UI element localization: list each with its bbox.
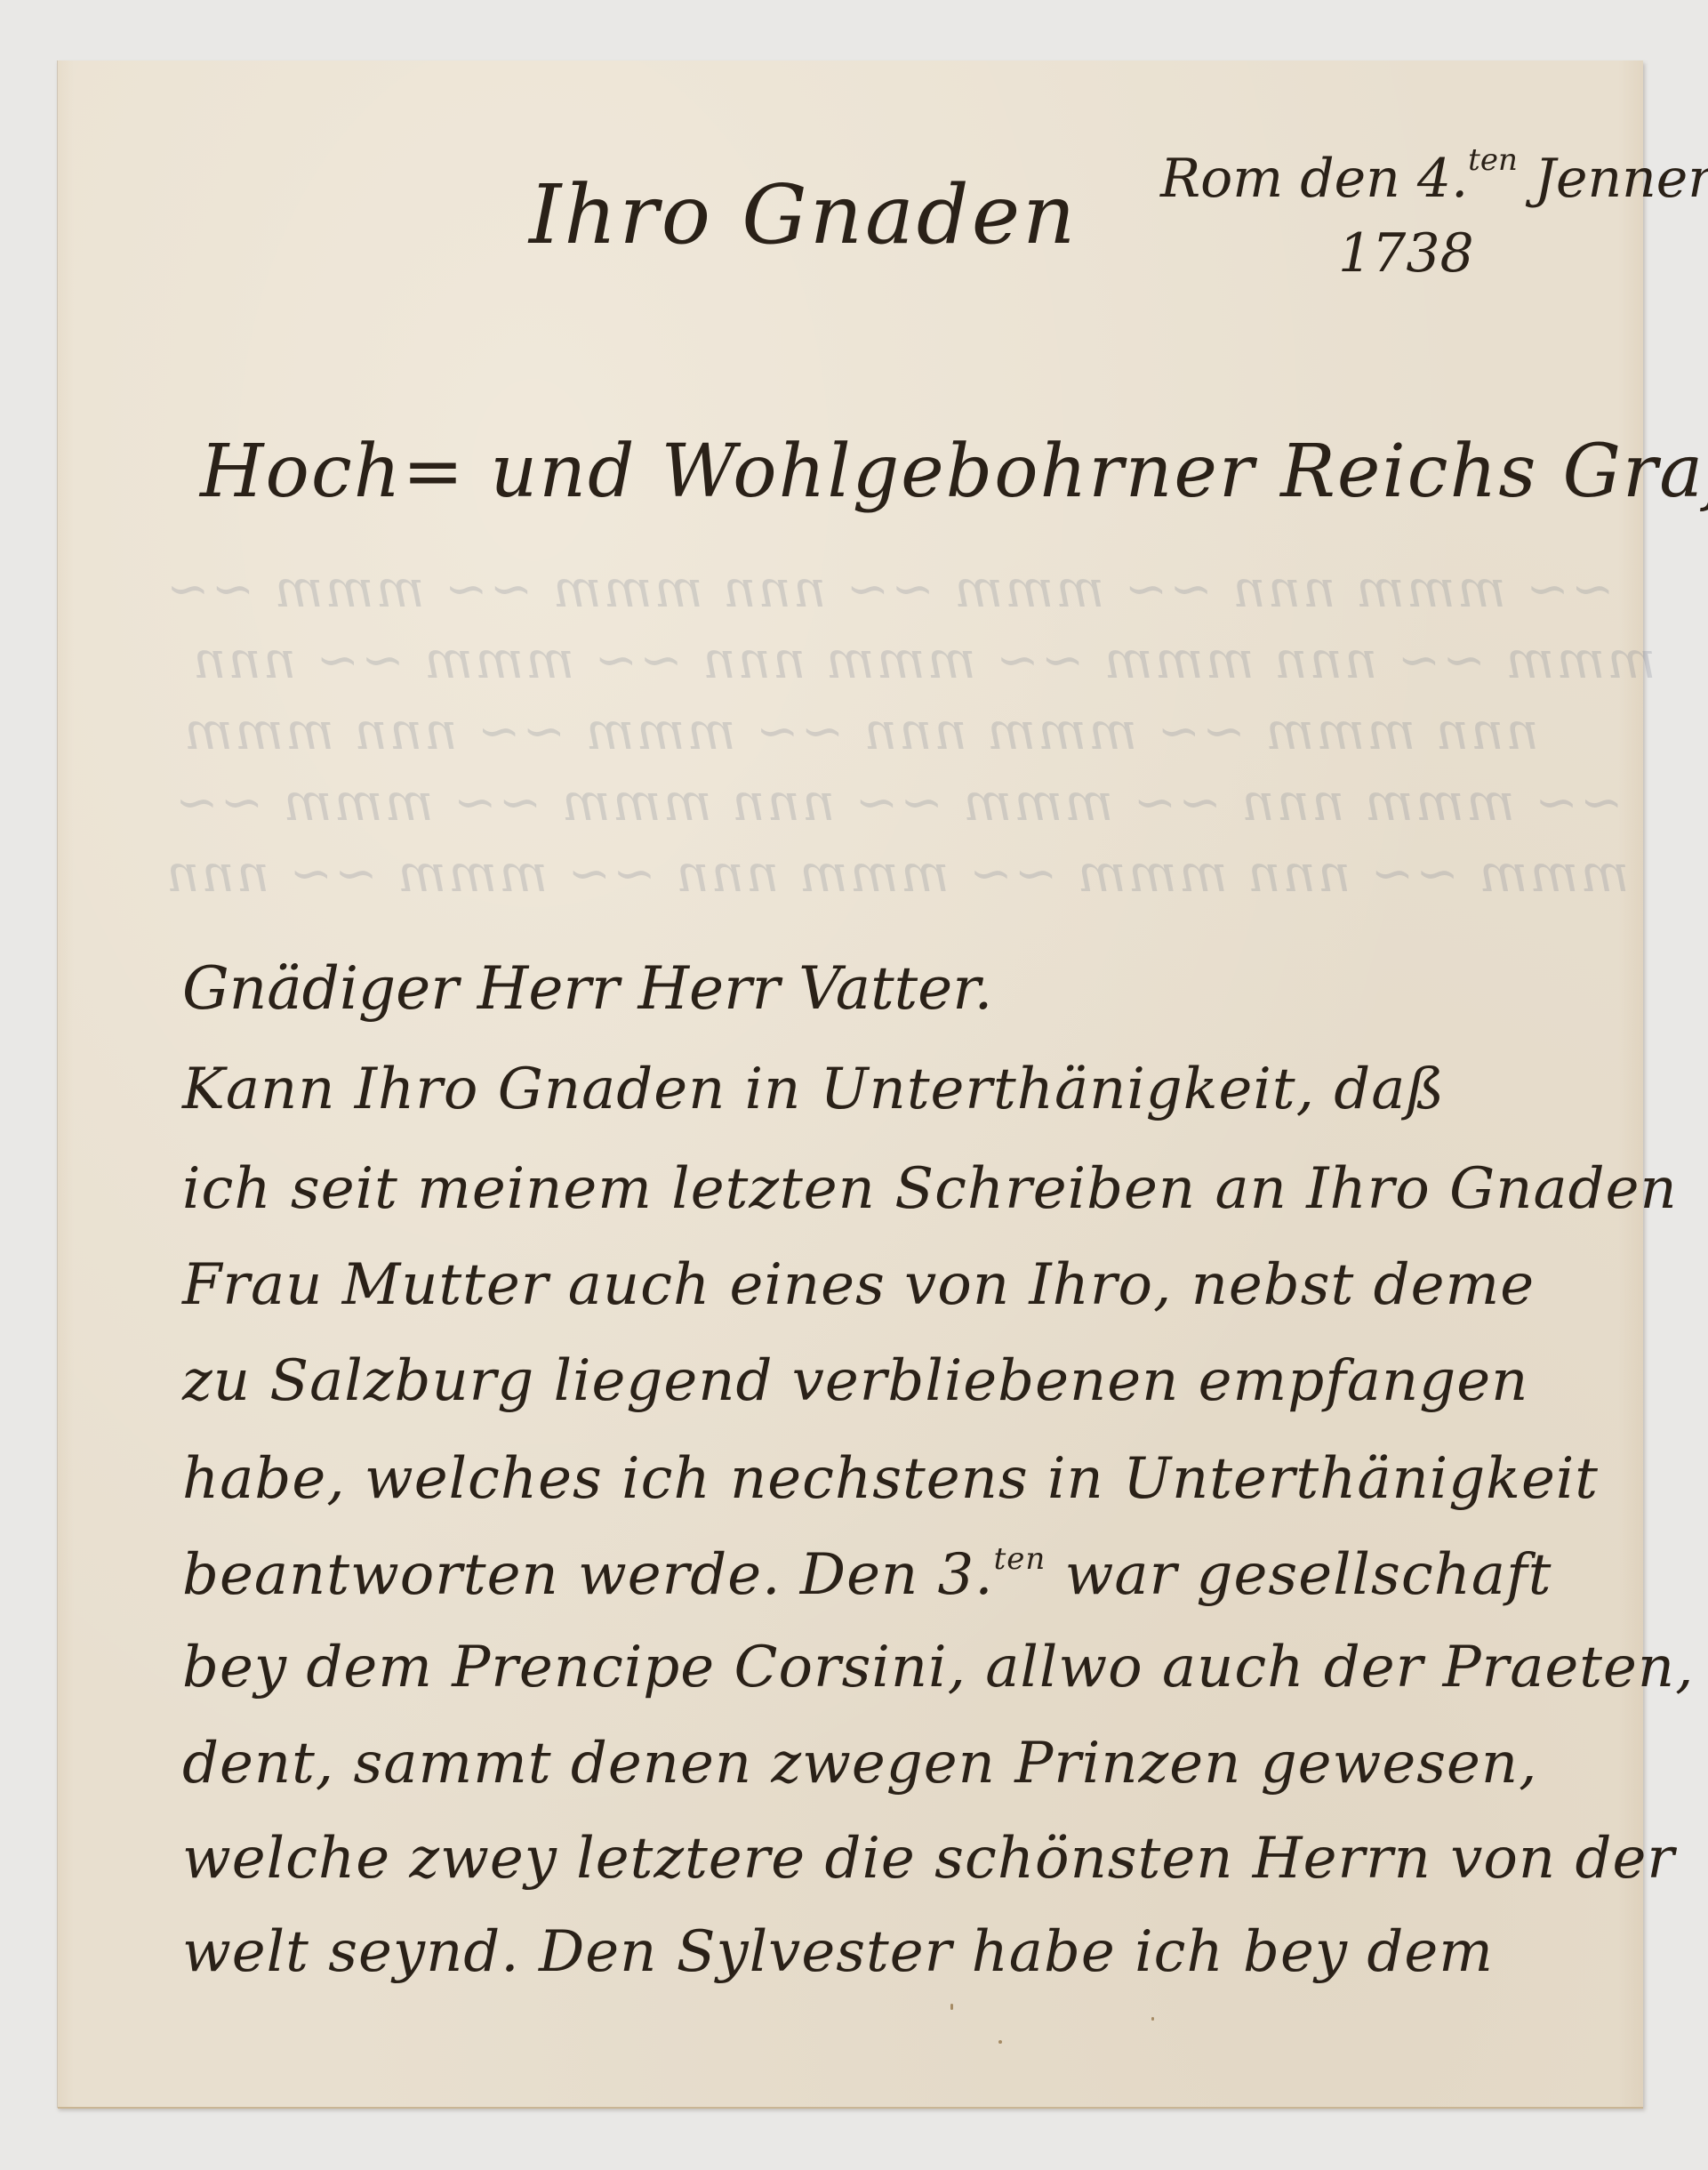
bleed-through-text: mmm ~~ nnn mmm ~~ mmm nnn ~~ mmm ~~ nnn: [164, 843, 1629, 904]
body-line: Frau Mutter auch eines von Ihro, nebst d…: [182, 1252, 1535, 1318]
body-line: welche zwey letztere die schönsten Herrn…: [182, 1826, 1675, 1892]
paper-speck: [998, 2040, 1002, 2044]
body-line: beantworten werde. Den 3.ten war gesells…: [182, 1541, 1552, 1608]
bleed-through-text: ~~ mmm nnn ~~ mmm ~~ nnn mmm ~~ mmm ~~: [173, 772, 1623, 832]
body-line-ordinal: ten: [994, 1541, 1046, 1577]
bleed-through-text: nnn mmm ~~ mmm nnn ~~ mmm ~~ nnn mmm: [182, 701, 1539, 761]
body-line-text: war gesellschaft: [1065, 1542, 1552, 1608]
bleed-through-text: mmm ~~ nnn mmm ~~ mmm nnn ~~ mmm ~~ nnn: [191, 630, 1656, 690]
page-bottom-edge: [58, 2107, 1643, 2109]
body-line: zu Salzburg liegend verbliebenen empfang…: [182, 1348, 1528, 1414]
bleed-through-text: ~~ mmm nnn ~~ mmm ~~ nnn mmm ~~ mmm ~~: [164, 559, 1614, 619]
dateline-place-date: Rom den 4.: [1160, 148, 1468, 210]
body-line: welt seynd. Den Sylvester habe ich bey d…: [182, 1919, 1494, 1985]
letter-page: ~~ mmm nnn ~~ mmm ~~ nnn mmm ~~ mmm ~~ m…: [57, 60, 1643, 2108]
body-line-text: beantworten werde. Den 3.: [182, 1542, 994, 1608]
body-line: Kann Ihro Gnaden in Unterthänigkeit, daß: [182, 1057, 1445, 1122]
dateline-year: 1738: [1160, 216, 1708, 291]
dateline-ordinal: ten: [1468, 142, 1518, 178]
letter-heading: Ihro Gnaden: [529, 167, 1078, 262]
body-line: dent, sammt denen zwegen Prinzen gewesen…: [182, 1731, 1537, 1796]
paper-speck: [1151, 2017, 1154, 2021]
body-line: bey dem Prencipe Corsini, allwo auch der…: [182, 1635, 1694, 1700]
paper-speck: [950, 2004, 953, 2010]
dateline: Rom den 4.ten Jenner 1738: [1160, 123, 1708, 291]
body-line: ich seit meinem letzten Schreiben an Ihr…: [182, 1156, 1678, 1222]
salutation: Hoch= und Wohlgebohrner Reichs Graf: [200, 430, 1708, 514]
body-line: habe, welches ich nechstens in Unterthän…: [182, 1446, 1599, 1512]
dateline-month: Jenner: [1535, 148, 1708, 210]
greeting-line: Gnädiger Herr Herr Vatter.: [182, 954, 993, 1023]
